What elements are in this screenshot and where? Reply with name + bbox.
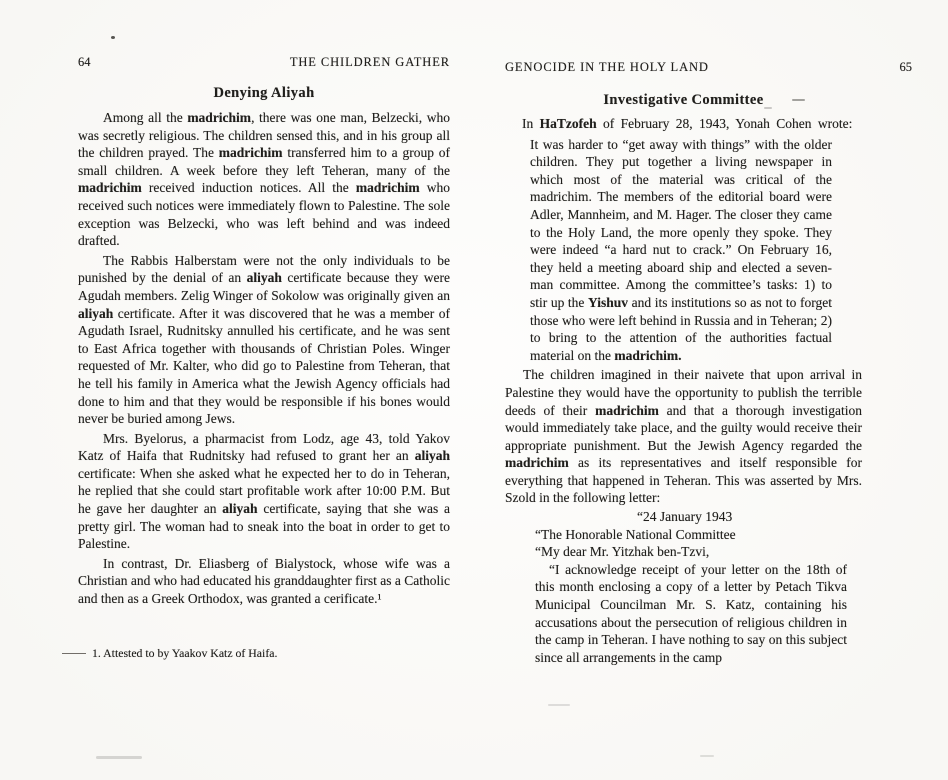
footnote-rule [62, 653, 86, 654]
scan-speck [111, 36, 115, 39]
scan-speck [700, 755, 714, 757]
letter-excerpt: “24 January 1943 “The Honorable National… [535, 508, 847, 666]
right-page: GENOCIDE IN THE HOLY LAND 65 Investigati… [505, 60, 912, 666]
scan-speck [792, 99, 805, 101]
scan-speck [548, 704, 570, 706]
right-running-header: GENOCIDE IN THE HOLY LAND [505, 60, 709, 75]
letter-body: “I acknowledge receipt of your letter on… [535, 561, 847, 667]
paragraph: The Rabbis Halberstam were not the only … [78, 252, 450, 428]
block-quote: It was harder to “get away with things” … [530, 136, 832, 365]
right-page-header: GENOCIDE IN THE HOLY LAND 65 [505, 60, 912, 75]
left-page-number: 64 [78, 55, 91, 70]
book-scan-spread: 64 THE CHILDREN GATHER Denying Aliyah Am… [0, 0, 948, 780]
letter-salutation: “My dear Mr. Yitzhak ben-Tzvi, [535, 543, 847, 561]
paragraph: The children imagined in their naivete t… [505, 366, 862, 507]
left-running-header: THE CHILDREN GATHER [290, 55, 450, 70]
left-section-title: Denying Aliyah [78, 85, 450, 102]
quote-attribution-line: In HaTzofeh of February 28, 1943, Yonah … [505, 115, 862, 133]
left-page-header: 64 THE CHILDREN GATHER [78, 55, 450, 70]
paragraph: Mrs. Byelorus, a pharmacist from Lodz, a… [78, 430, 450, 553]
left-page: 64 THE CHILDREN GATHER Denying Aliyah Am… [78, 55, 450, 610]
letter-address-line: “The Honorable National Committee [535, 526, 847, 544]
right-page-body: In HaTzofeh of February 28, 1943, Yonah … [505, 115, 862, 666]
footnote: 1. Attested to by Yaakov Katz of Haifa. [62, 646, 277, 661]
footnote-text: 1. Attested to by Yaakov Katz of Haifa. [92, 646, 277, 661]
paragraph: Among all the madrichim, there was one m… [78, 109, 450, 250]
right-section-title: Investigative Committee [505, 92, 862, 109]
paragraph: In contrast, Dr. Eliasberg of Bialystock… [78, 555, 450, 608]
right-page-number: 65 [900, 60, 913, 75]
scan-speck [764, 107, 772, 109]
scan-speck [96, 756, 142, 759]
letter-date-line: “24 January 1943 [535, 508, 847, 526]
left-page-body: Among all the madrichim, there was one m… [78, 109, 450, 608]
